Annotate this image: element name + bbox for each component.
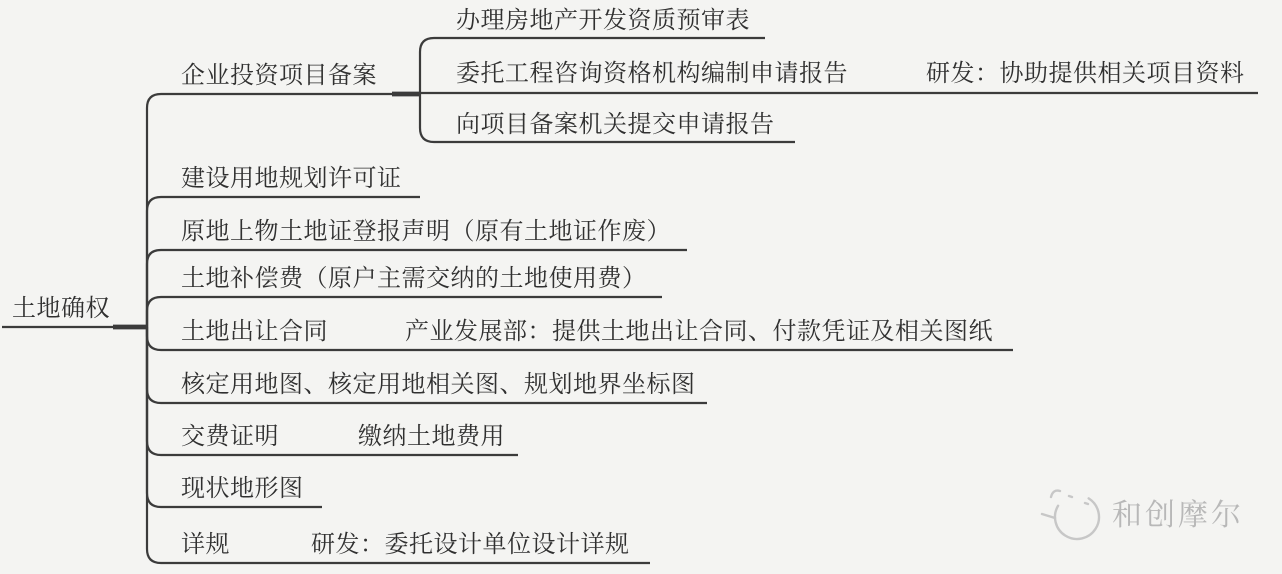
note-rd-entrust-design-unit[interactable]: 研发：委托设计单位设计详规 bbox=[311, 530, 630, 560]
watermark-logo-icon bbox=[1042, 487, 1107, 548]
child-consulting-agency-application-report[interactable]: 委托工程咨询资格机构编制申请报告 bbox=[456, 59, 848, 89]
mindmap-canvas: 土地确权 企业投资项目备案 建设用地规划许可证 原地上物土地证登报声明（原有土地… bbox=[0, 0, 1282, 574]
branch-original-land-cert-announcement[interactable]: 原地上物土地证登报声明（原有土地证作废） bbox=[181, 217, 671, 247]
note-pay-land-fee[interactable]: 缴纳土地费用 bbox=[358, 422, 505, 452]
child-development-qualification-preaudit-form[interactable]: 办理房地产开发资质预审表 bbox=[456, 6, 750, 36]
branch-detailed-plan[interactable]: 详规 bbox=[181, 530, 230, 560]
branch-current-topographic-map[interactable]: 现状地形图 bbox=[181, 474, 304, 504]
watermark-text: 和创摩尔 bbox=[1112, 499, 1244, 533]
branch-land-transfer-contract[interactable]: 土地出让合同 bbox=[181, 317, 328, 347]
branch-approved-land-maps[interactable]: 核定用地图、核定用地相关图、规划地界坐标图 bbox=[181, 370, 696, 400]
note-industry-development-dept[interactable]: 产业发展部：提供土地出让合同、付款凭证及相关图纸 bbox=[405, 317, 993, 347]
branch-construction-land-permit[interactable]: 建设用地规划许可证 bbox=[181, 164, 402, 194]
branch-land-compensation-fee[interactable]: 土地补偿费（原户主需交纳的土地使用费） bbox=[181, 264, 647, 294]
branch-payment-proof[interactable]: 交费证明 bbox=[181, 422, 279, 452]
branch-enterprise-investment-filing[interactable]: 企业投资项目备案 bbox=[181, 61, 377, 91]
note-rd-assist-project-materials[interactable]: 研发：协助提供相关项目资料 bbox=[926, 59, 1245, 89]
child-submit-application-to-filing-authority[interactable]: 向项目备案机关提交申请报告 bbox=[456, 110, 775, 140]
root-node[interactable]: 土地确权 bbox=[12, 294, 110, 324]
